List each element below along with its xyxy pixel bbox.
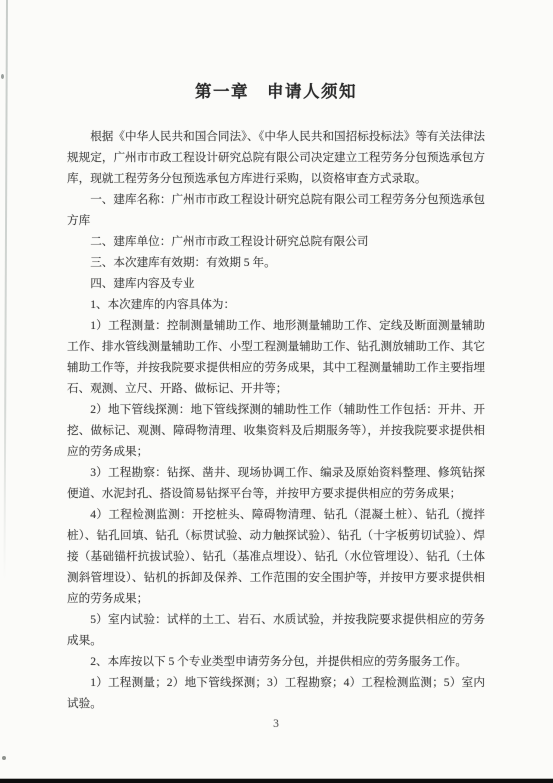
paragraph-intro: 根据《中华人民共和国合同法》、《中华人民共和国招标投标法》等有关法律法规规定，广… (67, 126, 485, 189)
document-body: 第一章 申请人须知 根据《中华人民共和国合同法》、《中华人民共和国招标投标法》等… (67, 80, 485, 714)
chapter-title: 第一章 申请人须知 (67, 80, 485, 104)
paragraph-specialty-list: 1）工程测量；2）地下管线探测；3）工程勘察；4）工程检测监测；5）室内试验。 (67, 672, 485, 714)
paragraph-item-3: 三、本次建库有效期：有效期 5 年。 (67, 252, 485, 273)
paragraph-specialty-5: 5）室内试验：试样的土工、岩石、水质试验，并按我院要求提供相应的劳务成果。 (67, 609, 485, 651)
paragraph-specialty-3: 3）工程勘察：钻探、凿井、现场协调工作、编录及原始资料整理、修筑钻探便道、水泥封… (67, 462, 485, 504)
paragraph-item-1: 一、建库名称：广州市市政工程设计研究总院有限公司工程劳务分包预选承包方库 (67, 189, 485, 231)
paragraph-item-2: 二、建库单位：广州市市政工程设计研究总院有限公司 (67, 231, 485, 252)
scan-speck (2, 756, 6, 760)
paragraph-specialty-2: 2）地下管线探测：地下管线探测的辅助性工作（辅助性工作包括：开井、开挖、做标记、… (67, 399, 485, 462)
page-number: 3 (67, 718, 485, 730)
paragraph-specialty-1: 1）工程测量：控制测量辅助工作、地形测量辅助工作、定线及断面测量辅助工作、排水管… (67, 315, 485, 399)
paragraph-item-4: 四、建库内容及专业 (67, 273, 485, 294)
paragraph-sub-1: 1、本次建库的内容具体为： (67, 294, 485, 315)
scanned-document-page: 第一章 申请人须知 根据《中华人民共和国合同法》、《中华人民共和国招标投标法》等… (0, 0, 553, 783)
scan-speck (1, 74, 4, 79)
paragraph-specialty-4: 4）工程检测监测：开挖桩头、障碍物清理、钻孔（混凝土桩）、钻孔（搅拌桩）、钻孔回… (67, 504, 485, 609)
scan-edge-line (3, 0, 7, 580)
scan-bottom-bar (0, 779, 553, 783)
paragraph-sub-2: 2、本库按以下 5 个专业类型申请劳务分包，并提供相应的劳务服务工作。 (67, 651, 485, 672)
